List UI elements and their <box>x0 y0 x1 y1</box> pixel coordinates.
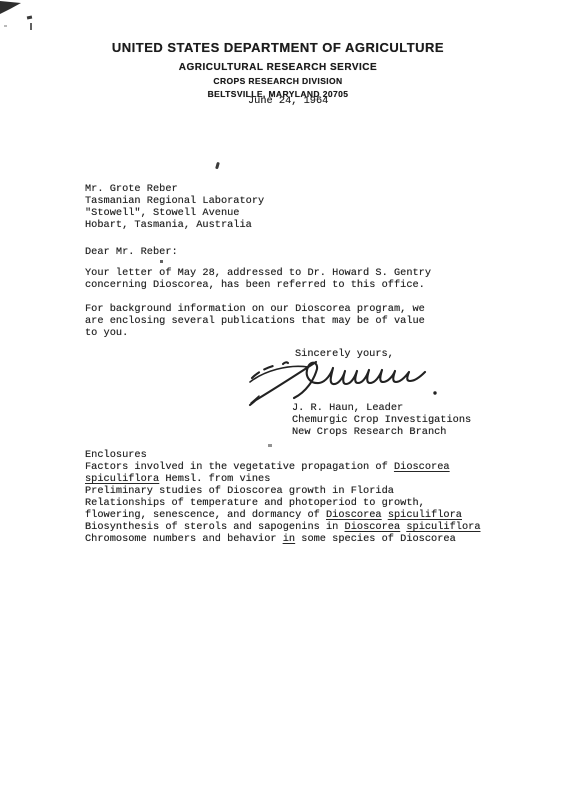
text-line: Biosynthesis of sterols and sapogenins i… <box>85 521 481 533</box>
text-line: spiculiflora Hemsl. from vines <box>85 473 481 485</box>
scan-artifact-speck <box>30 23 32 30</box>
text-line: New Crops Research Branch <box>292 426 471 438</box>
scan-artifact-speck <box>4 25 7 27</box>
text-segment: Factors involved in the vegetative propa… <box>85 461 394 473</box>
text-line: Your letter of May 28, addressed to Dr. … <box>85 267 431 279</box>
enclosures-heading: Enclosures <box>85 449 147 461</box>
enclosures-list: Factors involved in the vegetative propa… <box>85 461 481 545</box>
text-line: are enclosing several publications that … <box>85 315 425 327</box>
underlined-text: spiculiflora <box>388 509 462 521</box>
stray-dot <box>268 444 272 447</box>
text-segment: Relationships of temperature and photope… <box>85 497 425 509</box>
text-line: flowering, senescence, and dormancy of D… <box>85 509 481 521</box>
text-line: Preliminary studies of Dioscorea growth … <box>85 485 481 497</box>
underlined-text: Dioscorea <box>394 461 450 473</box>
text-segment: flowering, senescence, and dormancy of <box>85 509 326 521</box>
signer-block: J. R. Haun, LeaderChemurgic Crop Investi… <box>292 402 471 438</box>
underlined-text: spiculiflora <box>406 521 480 533</box>
text-line: "Stowell", Stowell Avenue <box>85 207 264 219</box>
recipient-address: Mr. Grote ReberTasmanian Regional Labora… <box>85 183 264 231</box>
scan-artifact-speck <box>27 16 33 20</box>
stray-dot <box>160 260 163 263</box>
text-line: For background information on our Diosco… <box>85 303 425 315</box>
letterhead-division: CROPS RESEARCH DIVISION <box>0 76 556 86</box>
text-line: Chemurgic Crop Investigations <box>292 414 471 426</box>
text-line: Mr. Grote Reber <box>85 183 264 195</box>
underlined-text: in <box>283 533 295 545</box>
body-paragraph-2: For background information on our Diosco… <box>85 303 425 339</box>
text-line: to you. <box>85 327 425 339</box>
letterhead-department: UNITED STATES DEPARTMENT OF AGRICULTURE <box>0 40 556 55</box>
text-segment: Preliminary studies of Dioscorea growth … <box>85 485 394 497</box>
text-line: Tasmanian Regional Laboratory <box>85 195 264 207</box>
text-line: Hobart, Tasmania, Australia <box>85 219 264 231</box>
stray-apostrophe-mark <box>215 162 219 169</box>
underlined-text: Dioscorea <box>345 521 401 533</box>
salutation: Dear Mr. Reber: <box>85 246 178 258</box>
scanned-letter-page: UNITED STATES DEPARTMENT OF AGRICULTURE … <box>0 0 581 800</box>
letterhead: UNITED STATES DEPARTMENT OF AGRICULTURE … <box>0 40 556 99</box>
underlined-text: Dioscorea <box>326 509 382 521</box>
text-segment: some species of Dioscorea <box>295 533 456 545</box>
letterhead-service: AGRICULTURAL RESEARCH SERVICE <box>0 62 556 73</box>
text-segment: Chromosome numbers and behavior <box>85 533 283 545</box>
text-line: Chromosome numbers and behavior in some … <box>85 533 481 545</box>
text-segment: Biosynthesis of sterols and sapogenins i… <box>85 521 345 533</box>
date-line: June 24, 1964 <box>248 95 328 107</box>
underlined-text: spiculiflora <box>85 473 159 485</box>
body-paragraph-1: Your letter of May 28, addressed to Dr. … <box>85 267 431 291</box>
scan-artifact-corner <box>0 0 26 18</box>
text-line: Relationships of temperature and photope… <box>85 497 481 509</box>
text-line: J. R. Haun, Leader <box>292 402 471 414</box>
text-segment: Hemsl. from vines <box>159 473 270 485</box>
text-line: concerning Dioscorea, has been referred … <box>85 279 431 291</box>
text-line: Factors involved in the vegetative propa… <box>85 461 481 473</box>
